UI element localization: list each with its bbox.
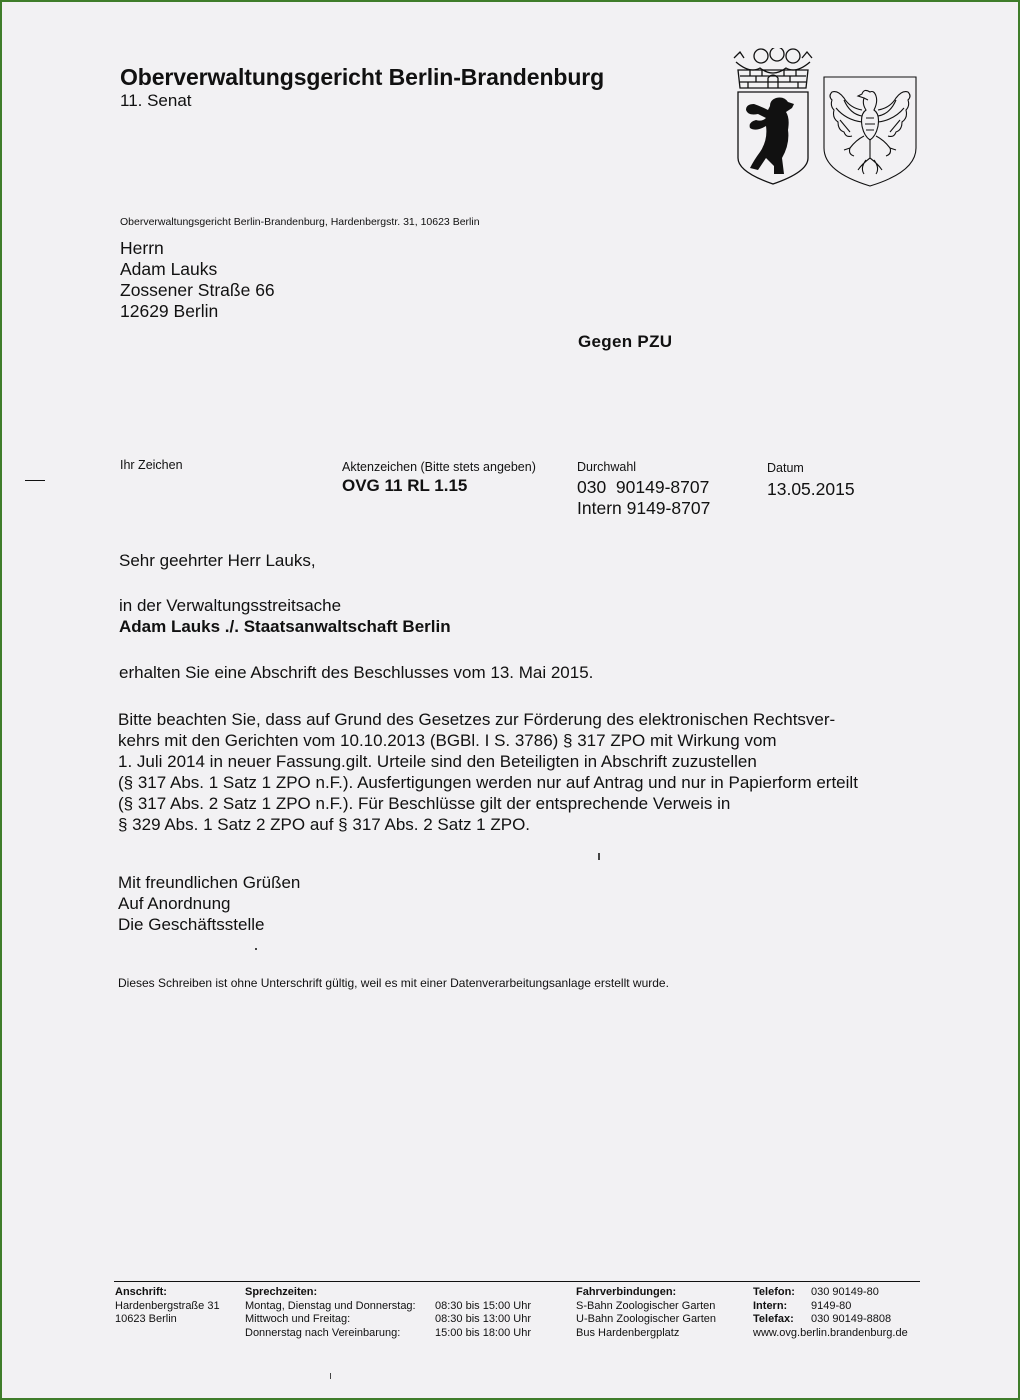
senate-label: 11. Senat xyxy=(120,91,192,111)
footer-transport: Fahrverbindungen: S-Bahn Zoologischer Ga… xyxy=(576,1286,716,1340)
footer-transport-heading: Fahrverbindungen: xyxy=(576,1286,676,1298)
contact-label: Telefax: xyxy=(753,1313,811,1327)
website-link[interactable]: www.ovg.berlin.brandenburg.de xyxy=(753,1327,908,1341)
handwritten-remark: Gegen PZU xyxy=(578,332,672,352)
footer-address-heading: Anschrift: xyxy=(115,1286,167,1298)
transport-line: Bus Hardenbergplatz xyxy=(576,1327,716,1341)
hours-days: Montag, Dienstag und Donnerstag: xyxy=(245,1300,435,1314)
footer-address: Anschrift: Hardenbergstraße 31 10623 Ber… xyxy=(115,1286,220,1327)
your-reference-label: Ihr Zeichen xyxy=(120,458,183,472)
court-name: Oberverwaltungsgericht Berlin-Brandenbur… xyxy=(120,64,604,91)
fold-mark xyxy=(25,480,45,481)
paragraph-line: (§ 317 Abs. 1 Satz 1 ZPO n.F.). Ausferti… xyxy=(118,772,858,793)
greeting: Sehr geehrter Herr Lauks, xyxy=(119,551,316,571)
hours-days: Donnerstag nach Vereinbarung: xyxy=(245,1327,435,1341)
hours-time: 08:30 bis 15:00 Uhr xyxy=(435,1300,531,1314)
paragraph-line: kehrs mit den Gerichten vom 10.10.2013 (… xyxy=(118,730,858,751)
hours-time: 08:30 bis 13:00 Uhr xyxy=(435,1313,531,1327)
recipient-street: Zossener Straße 66 xyxy=(120,280,275,301)
legal-notice-paragraph: Bitte beachten Sie, dass auf Grund des G… xyxy=(118,709,858,835)
closing-line: Mit freundlichen Grüßen xyxy=(118,872,300,893)
footer-contact: Telefon: 030 90149-80 Intern: 9149-80 Te… xyxy=(753,1286,908,1340)
closing-line: Auf Anordnung xyxy=(118,893,300,914)
paragraph-line: § 329 Abs. 1 Satz 2 ZPO auf § 317 Abs. 2… xyxy=(118,814,858,835)
footer-office-hours: Sprechzeiten: Montag, Dienstag und Donne… xyxy=(245,1286,531,1340)
scan-speck xyxy=(255,948,257,950)
contact-value: 9149-80 xyxy=(811,1300,908,1314)
footer-hours-heading: Sprechzeiten: xyxy=(245,1286,317,1298)
extension-label: Durchwahl xyxy=(577,460,636,474)
closing-line: Die Geschäftsstelle xyxy=(118,914,300,935)
recipient-name: Adam Lauks xyxy=(120,259,275,280)
paragraph-line: (§ 317 Abs. 2 Satz 1 ZPO n.F.). Für Besc… xyxy=(118,793,858,814)
footer-divider xyxy=(114,1281,920,1282)
hours-time: 15:00 bis 18:00 Uhr xyxy=(435,1327,531,1341)
footer-address-line: Hardenbergstraße 31 xyxy=(115,1300,220,1314)
enclosure-line: erhalten Sie eine Abschrift des Beschlus… xyxy=(119,663,593,683)
brandenburg-coat-of-arms-icon xyxy=(820,74,920,188)
file-number-value: OVG 11 RL 1.15 xyxy=(342,476,467,496)
page-border xyxy=(0,0,1020,1400)
contact-value: 030 90149-8808 xyxy=(811,1313,908,1327)
closing-block: Mit freundlichen Grüßen Auf Anordnung Di… xyxy=(118,872,300,935)
paragraph-line: 1. Juli 2014 in neuer Fassung.gilt. Urte… xyxy=(118,751,858,772)
berlin-coat-of-arms-icon xyxy=(730,48,816,188)
recipient-city: 12629 Berlin xyxy=(120,301,275,322)
file-number-label: Aktenzeichen (Bitte stets angeben) xyxy=(342,460,536,474)
scan-speck xyxy=(330,1373,331,1379)
case-intro: in der Verwaltungsstreitsache xyxy=(119,596,341,616)
footer-address-line: 10623 Berlin xyxy=(115,1313,220,1327)
transport-line: U-Bahn Zoologischer Garten xyxy=(576,1313,716,1327)
case-title: Adam Lauks ./. Staatsanwaltschaft Berlin xyxy=(119,617,451,637)
date-value: 13.05.2015 xyxy=(767,479,855,500)
scan-speck xyxy=(598,853,600,860)
contact-value: 030 90149-80 xyxy=(811,1286,908,1300)
signature-notice: Dieses Schreiben ist ohne Unterschrift g… xyxy=(118,976,669,990)
recipient-address: Herrn Adam Lauks Zossener Straße 66 1262… xyxy=(120,238,275,322)
recipient-salutation: Herrn xyxy=(120,238,275,259)
date-label: Datum xyxy=(767,461,804,475)
internal-extension-value: Intern 9149-8707 xyxy=(577,498,710,519)
extension-value: 030 90149-8707 xyxy=(577,477,709,498)
hours-days: Mittwoch und Freitag: xyxy=(245,1313,435,1327)
return-address: Oberverwaltungsgericht Berlin-Brandenbur… xyxy=(120,216,480,228)
contact-label: Intern: xyxy=(753,1300,811,1314)
contact-label: Telefon: xyxy=(753,1286,811,1300)
paragraph-line: Bitte beachten Sie, dass auf Grund des G… xyxy=(118,709,858,730)
transport-line: S-Bahn Zoologischer Garten xyxy=(576,1300,716,1314)
